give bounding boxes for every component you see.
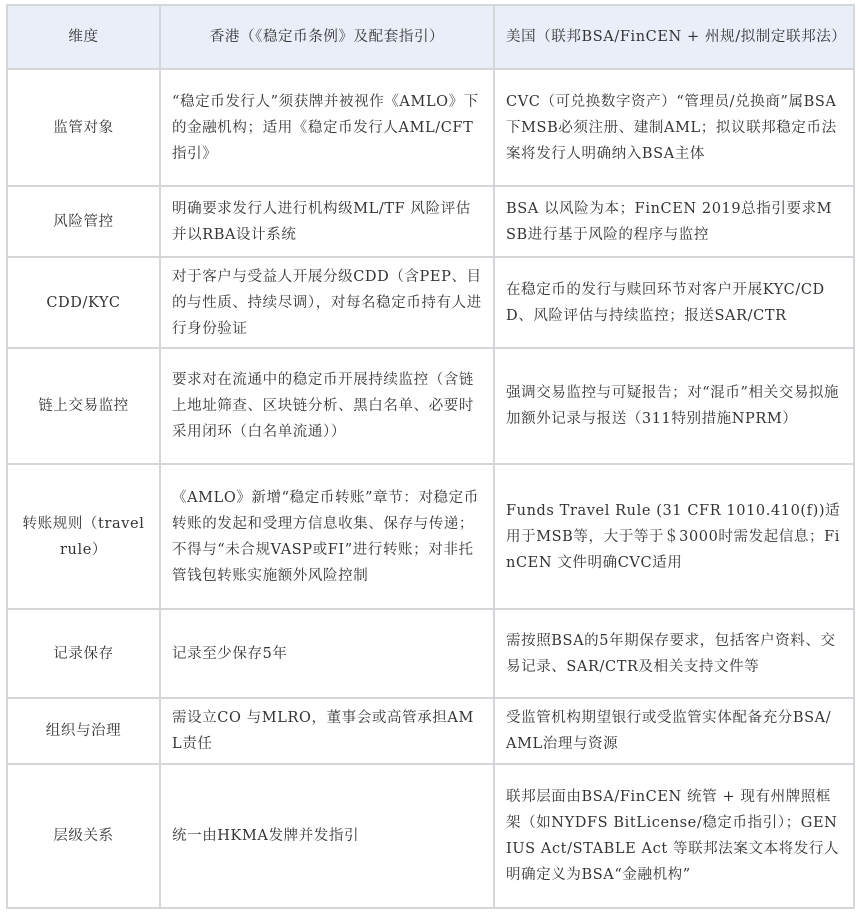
table-row: 风险管控 明确要求发行人进行机构级ML/TF 风险评估并以RBA设计系统 BSA… (7, 186, 854, 257)
row-dimension: 转账规则（travel rule） (7, 464, 160, 609)
row-hongkong: 《AMLO》新增“稳定币转账”章节：对稳定币转账的发起和受理方信息收集、保存与传… (160, 464, 494, 609)
table-row: 组织与治理 需设立CO 与MLRO，董事会或高管承担AML责任 受监管机构期望银… (7, 698, 854, 764)
row-usa: 需按照BSA的5年期保存要求，包括客户资料、交易记录、SAR/CTR及相关支持文… (494, 609, 854, 698)
row-hongkong: 要求对在流通中的稳定币开展持续监控（含链上地址筛查、区块链分析、黑白名单、必要时… (160, 348, 494, 464)
row-hongkong: 需设立CO 与MLRO，董事会或高管承担AML责任 (160, 698, 494, 764)
row-hongkong: 统一由HKMA发牌并发指引 (160, 764, 494, 908)
row-hongkong: 对于客户与受益人开展分级CDD（含PEP、目的与性质、持续尽调），对每名稳定币持… (160, 257, 494, 348)
row-usa: 强调交易监控与可疑报告；对“混币”相关交易拟施加额外记录与报送（311特别措施N… (494, 348, 854, 464)
row-usa: 受监管机构期望银行或受监管实体配备充分BSA/AML治理与资源 (494, 698, 854, 764)
table-row: 层级关系 统一由HKMA发牌并发指引 联邦层面由BSA/FinCEN 统管 + … (7, 764, 854, 908)
row-dimension: 监管对象 (7, 69, 160, 186)
row-hongkong: “稳定币发行人”须获牌并被视作《AMLO》下的金融机构；适用《稳定币发行人AML… (160, 69, 494, 186)
row-dimension: 层级关系 (7, 764, 160, 908)
row-hongkong: 记录至少保存5年 (160, 609, 494, 698)
row-dimension: 记录保存 (7, 609, 160, 698)
table-row: CDD/KYC 对于客户与受益人开展分级CDD（含PEP、目的与性质、持续尽调）… (7, 257, 854, 348)
header-hongkong: 香港（《稳定币条例》及配套指引） (160, 5, 494, 69)
row-usa: Funds Travel Rule (31 CFR 1010.410(f))适用… (494, 464, 854, 609)
row-usa: BSA 以风险为本；FinCEN 2019总指引要求MSB进行基于风险的程序与监… (494, 186, 854, 257)
row-usa: 在稳定币的发行与赎回环节对客户开展KYC/CDD、风险评估与持续监控；报送SAR… (494, 257, 854, 348)
row-usa: 联邦层面由BSA/FinCEN 统管 + 现有州牌照框架（如NYDFS BitL… (494, 764, 854, 908)
row-dimension: 组织与治理 (7, 698, 160, 764)
table-row: 链上交易监控 要求对在流通中的稳定币开展持续监控（含链上地址筛查、区块链分析、黑… (7, 348, 854, 464)
row-dimension: CDD/KYC (7, 257, 160, 348)
table-row: 转账规则（travel rule） 《AMLO》新增“稳定币转账”章节：对稳定币… (7, 464, 854, 609)
row-dimension: 链上交易监控 (7, 348, 160, 464)
table-row: 记录保存 记录至少保存5年 需按照BSA的5年期保存要求，包括客户资料、交易记录… (7, 609, 854, 698)
row-usa: CVC（可兑换数字资产）“管理员/兑换商”属BSA下MSB必须注册、建制AML；… (494, 69, 854, 186)
row-dimension: 风险管控 (7, 186, 160, 257)
header-dimension: 维度 (7, 5, 160, 69)
header-usa: 美国（联邦BSA/FinCEN + 州规/拟制定联邦法） (494, 5, 854, 69)
table-row: 监管对象 “稳定币发行人”须获牌并被视作《AMLO》下的金融机构；适用《稳定币发… (7, 69, 854, 186)
comparison-table: 维度 香港（《稳定币条例》及配套指引） 美国（联邦BSA/FinCEN + 州规… (6, 4, 855, 909)
table-header-row: 维度 香港（《稳定币条例》及配套指引） 美国（联邦BSA/FinCEN + 州规… (7, 5, 854, 69)
row-hongkong: 明确要求发行人进行机构级ML/TF 风险评估并以RBA设计系统 (160, 186, 494, 257)
